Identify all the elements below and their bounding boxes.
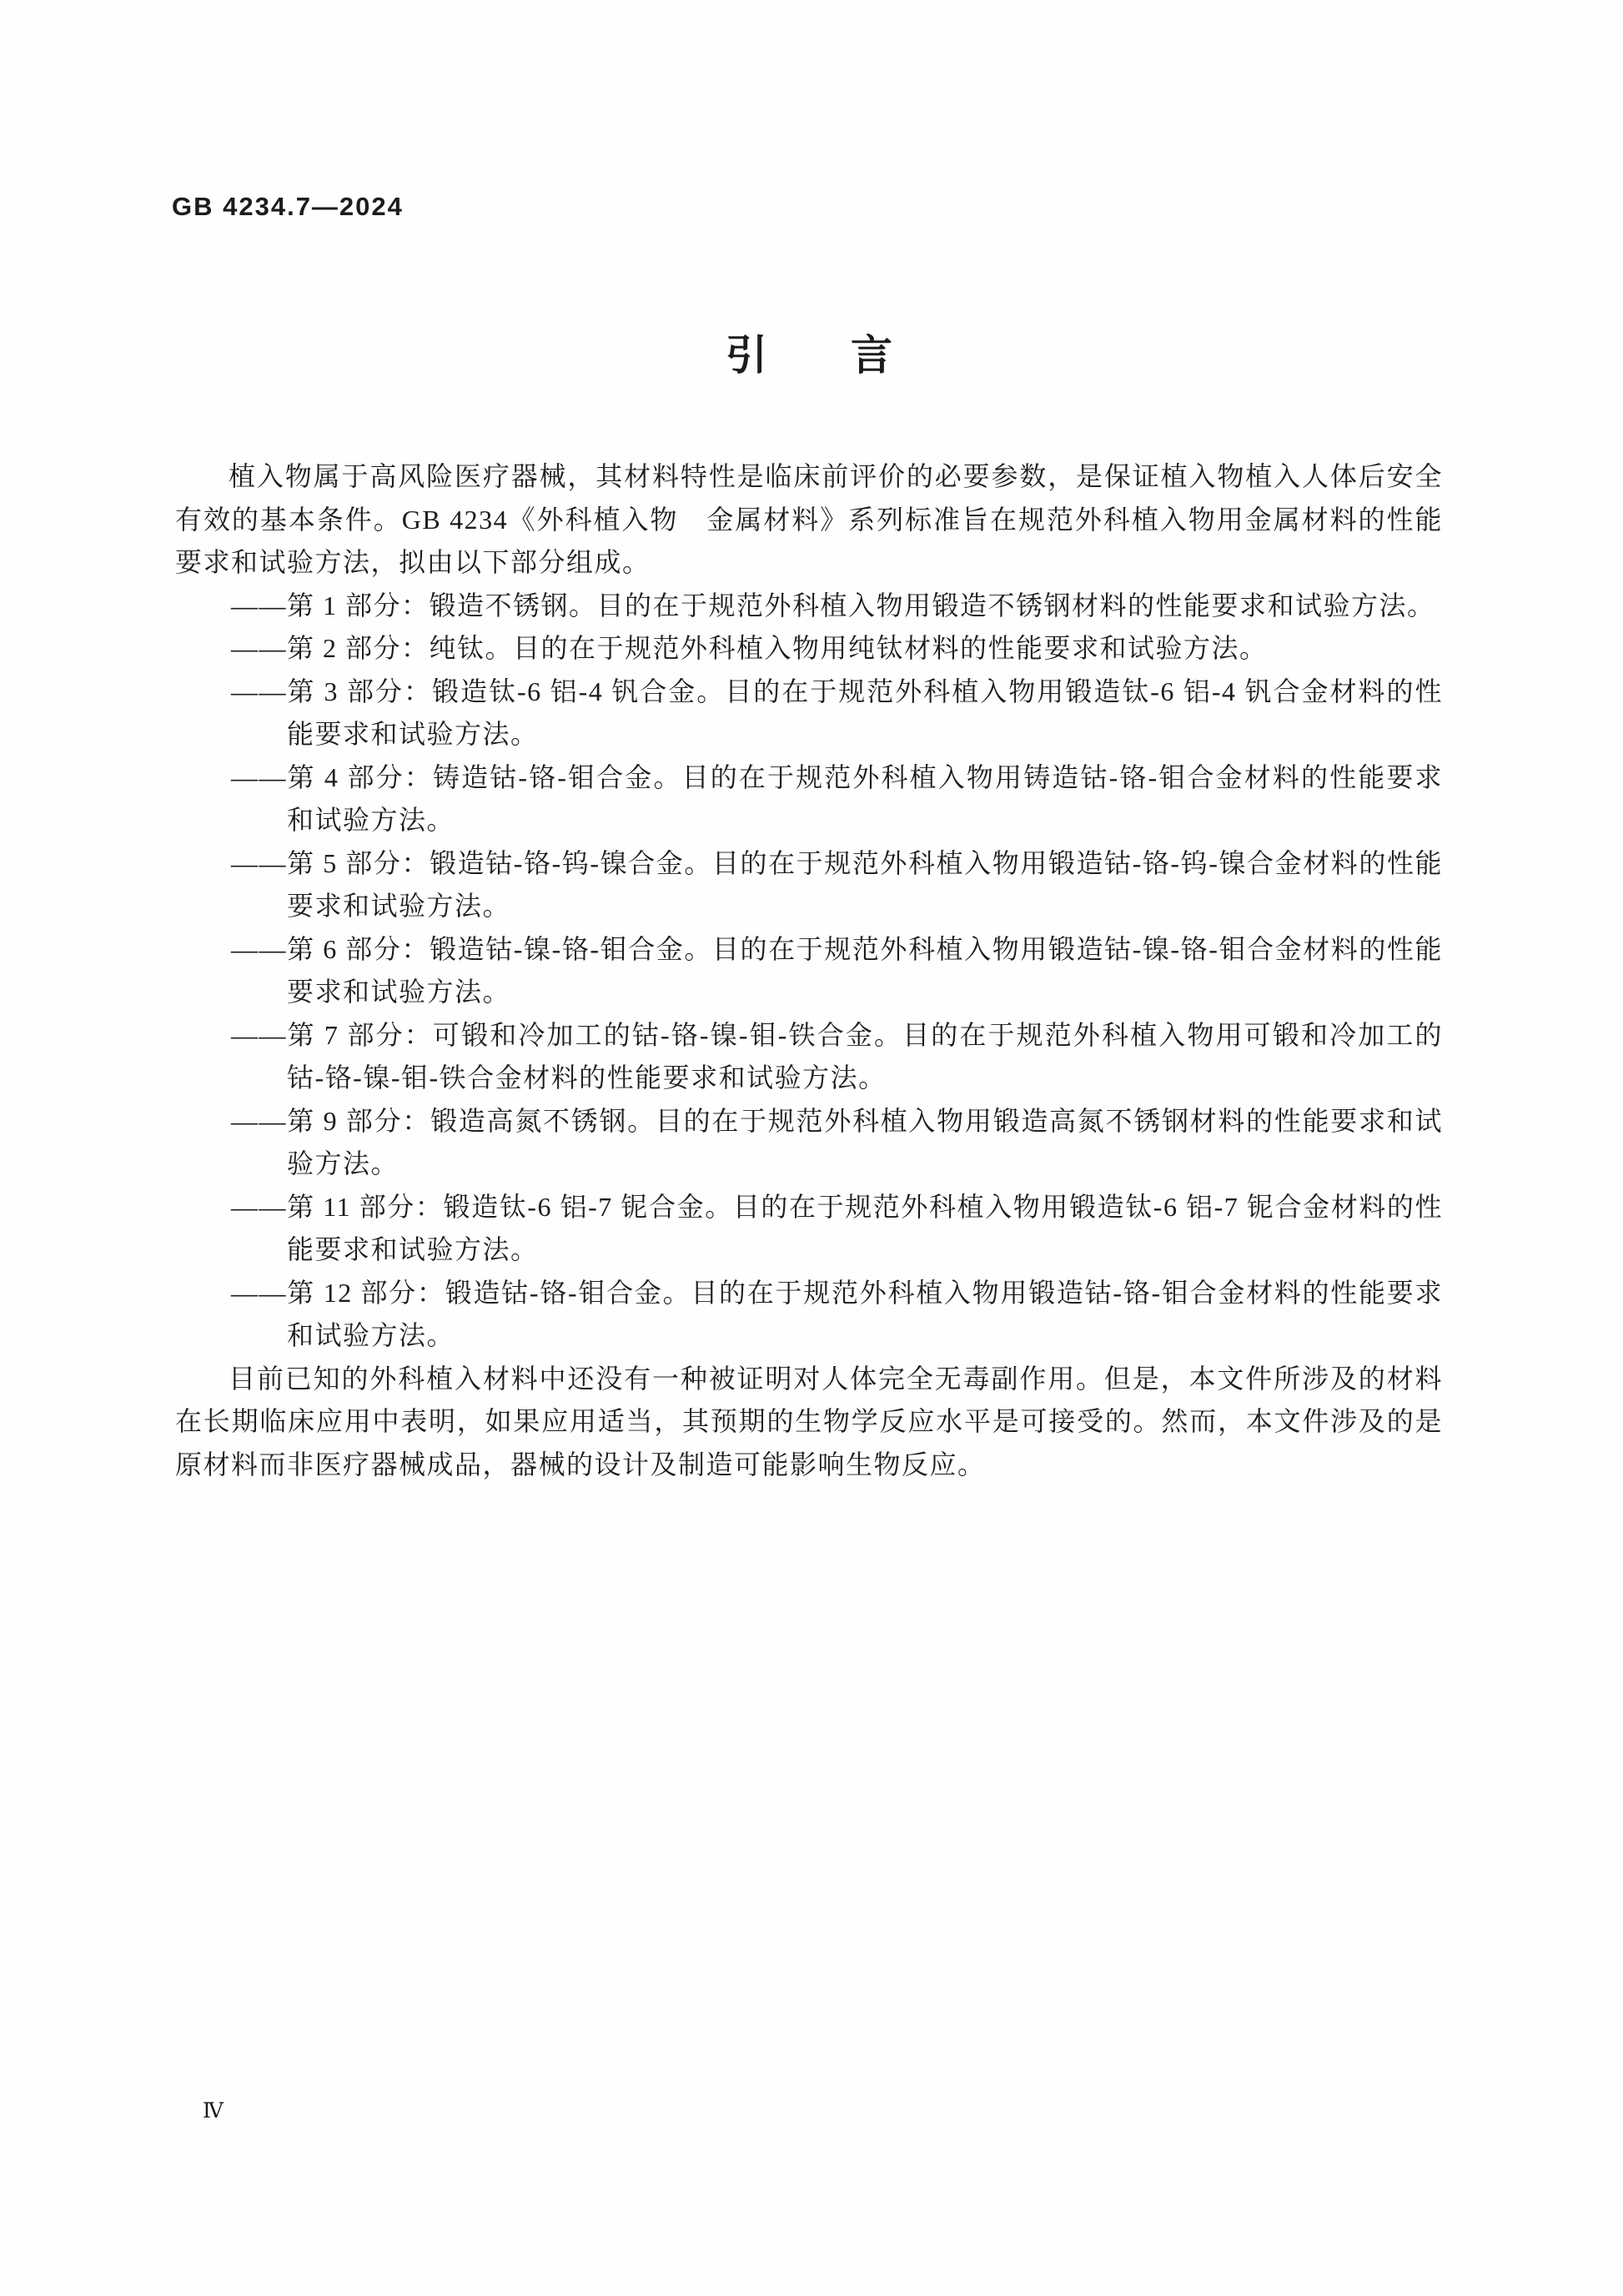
standard-number: GB 4234.7—2024 xyxy=(172,192,404,222)
list-item-part-5: ——第 5 部分：锻造钴-铬-钨-镍合金。目的在于规范外科植入物用锻造钴-铬-钨… xyxy=(231,842,1443,928)
parts-list: ——第 1 部分：锻造不锈钢。目的在于规范外科植入物用锻造不锈钢材料的性能要求和… xyxy=(175,585,1443,1358)
list-item-part-9: ——第 9 部分：锻造高氮不锈钢。目的在于规范外科植入物用锻造高氮不锈钢材料的性… xyxy=(231,1100,1443,1186)
list-item-part-11: ——第 11 部分：锻造钛-6 铝-7 铌合金。目的在于规范外科植入物用锻造钛-… xyxy=(231,1186,1443,1272)
list-item-part-2: ——第 2 部分：纯钛。目的在于规范外科植入物用纯钛材料的性能要求和试验方法。 xyxy=(231,627,1443,671)
introduction-body: 植入物属于高风险医疗器械，其材料特性是临床前评价的必要参数，是保证植入物植入人体… xyxy=(175,455,1443,1486)
intro-paragraph: 植入物属于高风险医疗器械，其材料特性是临床前评价的必要参数，是保证植入物植入人体… xyxy=(175,455,1443,585)
document-page: GB 4234.7—2024 引 言 植入物属于高风险医疗器械，其材料特性是临床… xyxy=(0,0,1623,2296)
list-item-part-4: ——第 4 部分：铸造钴-铬-钼合金。目的在于规范外科植入物用铸造钴-铬-钼合金… xyxy=(231,756,1443,842)
closing-paragraph: 目前已知的外科植入材料中还没有一种被证明对人体完全无毒副作用。但是，本文件所涉及… xyxy=(175,1358,1443,1487)
page-number: Ⅳ xyxy=(203,2098,225,2123)
list-item-part-12: ——第 12 部分：锻造钴-铬-钼合金。目的在于规范外科植入物用锻造钴-铬-钼合… xyxy=(231,1272,1443,1358)
list-item-part-6: ——第 6 部分：锻造钴-镍-铬-钼合金。目的在于规范外科植入物用锻造钴-镍-铬… xyxy=(231,928,1443,1014)
list-item-part-1: ——第 1 部分：锻造不锈钢。目的在于规范外科植入物用锻造不锈钢材料的性能要求和… xyxy=(231,585,1443,628)
page-title: 引 言 xyxy=(175,332,1443,379)
list-item-part-7: ——第 7 部分：可锻和冷加工的钴-铬-镍-钼-铁合金。目的在于规范外科植入物用… xyxy=(231,1014,1443,1100)
list-item-part-3: ——第 3 部分：锻造钛-6 铝-4 钒合金。目的在于规范外科植入物用锻造钛-6… xyxy=(231,671,1443,756)
